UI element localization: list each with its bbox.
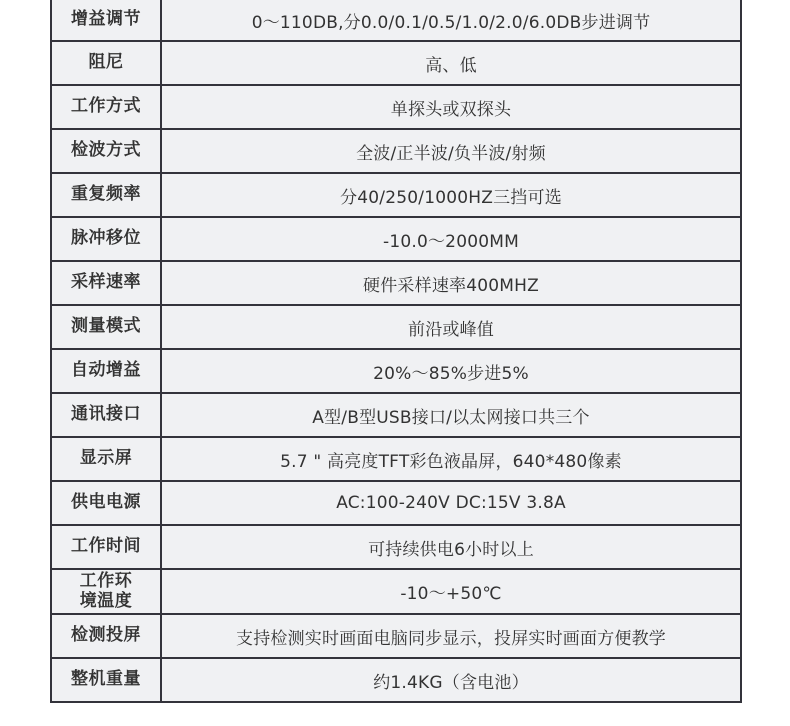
spec-table-body: 增益调节0～110DB,分0.0/0.1/0.5/1.0/2.0/6.0DB步进… [51,0,741,702]
spec-value: -10～+50℃ [161,569,741,614]
spec-label: 自动增益 [51,349,161,393]
spec-label: 重复频率 [51,173,161,217]
spec-sheet-page: 增益调节0～110DB,分0.0/0.1/0.5/1.0/2.0/6.0DB步进… [0,0,790,726]
table-row: 工作方式单探头或双探头 [51,85,741,129]
table-row: 阻尼高、低 [51,41,741,85]
spec-value: 可持续供电6小时以上 [161,525,741,569]
spec-value: 前沿或峰值 [161,305,741,349]
spec-value: 约1.4KG（含电池） [161,658,741,702]
table-row: 工作环 境温度-10～+50℃ [51,569,741,614]
table-row: 脉冲移位-10.0～2000MM [51,217,741,261]
table-row: 检测投屏支持检测实时画面电脑同步显示，投屏实时画面方便教学 [51,614,741,658]
spec-label: 脉冲移位 [51,217,161,261]
spec-label: 测量模式 [51,305,161,349]
spec-value: 20%～85%步进5% [161,349,741,393]
spec-table: 增益调节0～110DB,分0.0/0.1/0.5/1.0/2.0/6.0DB步进… [50,0,742,703]
table-row: 工作时间可持续供电6小时以上 [51,525,741,569]
table-row: 检波方式全波/正半波/负半波/射频 [51,129,741,173]
spec-label: 供电电源 [51,481,161,525]
spec-value: 5.7 " 高亮度TFT彩色液晶屏，640*480像素 [161,437,741,481]
spec-value: 高、低 [161,41,741,85]
spec-label: 检测投屏 [51,614,161,658]
spec-value: A型/B型USB接口/以太网接口共三个 [161,393,741,437]
spec-label: 采样速率 [51,261,161,305]
table-row: 测量模式前沿或峰值 [51,305,741,349]
table-row: 自动增益20%～85%步进5% [51,349,741,393]
spec-value: 全波/正半波/负半波/射频 [161,129,741,173]
spec-label: 增益调节 [51,0,161,41]
spec-label: 显示屏 [51,437,161,481]
spec-label: 阻尼 [51,41,161,85]
spec-value: 0～110DB,分0.0/0.1/0.5/1.0/2.0/6.0DB步进调节 [161,0,741,41]
spec-value: 硬件采样速率400MHZ [161,261,741,305]
spec-label: 整机重量 [51,658,161,702]
table-row: 供电电源AC:100-240V DC:15V 3.8A [51,481,741,525]
spec-value: 支持检测实时画面电脑同步显示，投屏实时画面方便教学 [161,614,741,658]
spec-label: 工作方式 [51,85,161,129]
spec-label: 工作环 境温度 [51,569,161,614]
spec-value: 单探头或双探头 [161,85,741,129]
table-row: 整机重量约1.4KG（含电池） [51,658,741,702]
spec-value: AC:100-240V DC:15V 3.8A [161,481,741,525]
spec-label: 检波方式 [51,129,161,173]
table-row: 采样速率硬件采样速率400MHZ [51,261,741,305]
table-row: 重复频率分40/250/1000HZ三挡可选 [51,173,741,217]
table-row: 增益调节0～110DB,分0.0/0.1/0.5/1.0/2.0/6.0DB步进… [51,0,741,41]
spec-value: 分40/250/1000HZ三挡可选 [161,173,741,217]
table-row: 通讯接口A型/B型USB接口/以太网接口共三个 [51,393,741,437]
spec-label: 工作时间 [51,525,161,569]
spec-value: -10.0～2000MM [161,217,741,261]
spec-label: 通讯接口 [51,393,161,437]
table-row: 显示屏5.7 " 高亮度TFT彩色液晶屏，640*480像素 [51,437,741,481]
